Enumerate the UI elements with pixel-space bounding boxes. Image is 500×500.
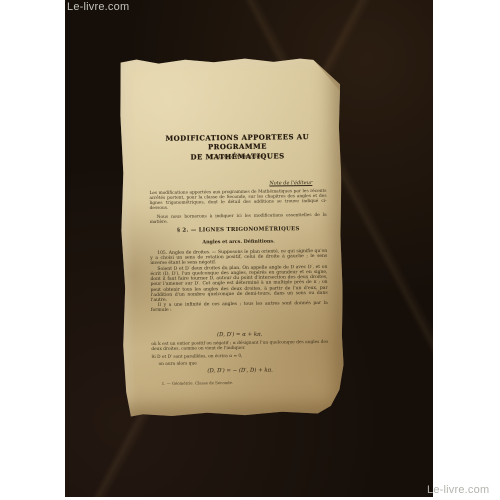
section-subheading: Angles et arcs. Définitions.: [150, 238, 327, 246]
doc-title-line1: MODIFICATIONS APPORTEES AU PROGRAMME: [149, 132, 326, 153]
body-paragraph-5: Si D et D′ sont parallèles, on écrira α …: [151, 353, 328, 360]
formula-2: (D, D′) = − (D′, D) + kπ.: [152, 367, 329, 375]
body-paragraph-4: où k est un entier positif ou négatif ; …: [151, 340, 328, 352]
formula-1: (D, D′) = α + kπ,: [151, 331, 328, 339]
body-paragraph-6: on aura alors que: [152, 360, 329, 367]
document-page: MODIFICATIONS APPORTEES AU PROGRAMME DE …: [119, 56, 344, 418]
body-paragraph-2: Soient D et D′ deux droites du plan. On …: [150, 264, 327, 303]
editor-note-label: Note de l'éditeur: [149, 180, 326, 188]
listing-photo-canvas: Le-livre.com MODIFICATIONS APPORTEES AU …: [0, 0, 500, 500]
editor-note-addendum: Nous nous bornerons à indiquer ici les m…: [150, 213, 327, 225]
watermark-bottom-right: Le-livre.com: [427, 484, 489, 496]
body-text-block: 105. Angles de droites. — Supposons le p…: [150, 249, 328, 314]
section-heading: § 2. — LIGNES TRIGONOMÉTRIQUES: [150, 226, 327, 234]
doc-footnote: 1. — Géométrie. Classe de Seconde.: [152, 379, 329, 386]
editor-note-block: Les modifications apportées aux programm…: [149, 189, 326, 226]
editor-note-paragraph: Les modifications apportées aux programm…: [149, 189, 326, 211]
watermark-top-left: Le-livre.com: [67, 1, 129, 13]
body-paragraph-3: Il y a une infinité de ces angles ; tous…: [151, 301, 328, 314]
